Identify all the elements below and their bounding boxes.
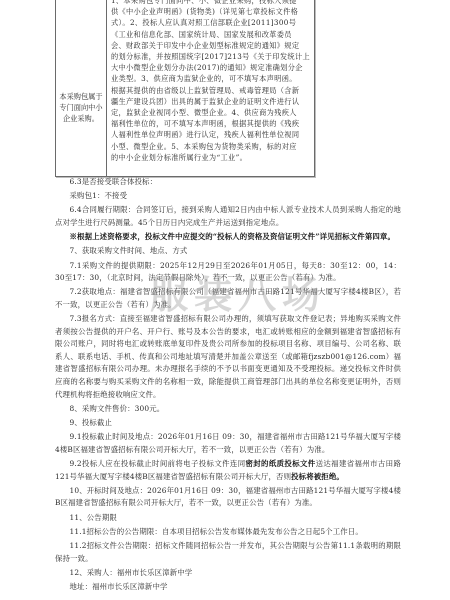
sme-requirement-table: 本采购包属于专门面向中小企业采购。 1、本采购包专门面向中、小、微企业采购，投标… — [55, 0, 315, 177]
table-line: 定，监狱企业视同小型、微型企业。4、供应商为残疾人 — [111, 107, 310, 118]
registration-method-paragraph: 7.3报名方式：直接至福建省智盛招标有限公司办理的，须填写获取文件登记表；异地购… — [55, 313, 401, 401]
table-line: 式）。2、投标人应认真对照工信部联企业[2011]300号 — [111, 17, 310, 28]
table-line: 人福利性单位声明函》进行认定，残疾人福利性单位视同 — [111, 129, 310, 140]
table-line: 的中小企业划分标准所属行业为“工业”。 — [111, 152, 310, 163]
table-line: 的划分标准，并按照国统字[2017]213号《关于印发统计上 — [111, 51, 310, 62]
table-line: 大中小微型企业划分办法(2017)的通知》规定准确划分企 — [111, 62, 310, 73]
table-line: 会、财政部关于印发中小企业划型标准规定的通知》规定 — [111, 40, 310, 51]
document-price: 8、采购文件售价：300元。 — [55, 403, 401, 416]
contract-term-paragraph: 6.4合同履行期限：合同签订后，接到采购人通知2日内由中标人派专业技术人员到采购… — [55, 204, 401, 229]
table-line: 福利性单位的，可不填写本声明函，根据其提供的《残疾 — [111, 118, 310, 129]
consortium-bid-heading: 6.3是否接受联合体投标： — [55, 176, 401, 189]
section-9-heading: 9、投标截止 — [55, 417, 401, 430]
section-11-heading: 11、公告期限 — [55, 512, 401, 525]
document-page: 本采购包属于专门面向中小企业采购。 1、本采购包专门面向中、小、微企业采购，投标… — [0, 0, 450, 600]
table-line: 业类型。3、供应商为监狱企业的，可不填写本声明函。 — [111, 73, 310, 84]
table-line: 《工业和信息化部、国家统计局、国家发展和改革委员 — [111, 29, 310, 40]
table-line: 根据其提供的由省级以上监狱管理局、戒毒管理局（含新 — [111, 85, 310, 96]
paper-bid-text: 9.2投标人应在投标截止时间前将电子投标文件连同 — [70, 459, 246, 468]
qualification-note: ※根据上述资格要求，投标文件中应提交的“投标人的资格及资信证明文件”详见招标文件… — [55, 231, 401, 244]
purchaser-address-line: 地址：福州市长乐区漳新中学 — [55, 581, 401, 594]
table-right-cell: 1、本采购包专门面向中、小、微企业采购，投标人须提 供《中小企业声明函》(货物类… — [107, 0, 314, 176]
bid-rejected-emphasis: 投标将被拒绝。 — [291, 472, 344, 481]
sealed-paper-bid-emphasis: 密封的纸质投标文件 — [245, 459, 315, 468]
table-line: 供《中小企业声明函》(货物类)（详见第七章投标文件格 — [111, 6, 310, 17]
paper-bid-paragraph: 9.2投标人应在投标截止时间前将电子投标文件连同密封的纸质投标文件送达福建省福州… — [55, 458, 401, 483]
table-line: 小型、微型企业。5、本采购包为货物类采购，标的对应 — [111, 141, 310, 152]
consortium-bid-value: 采购包1：不接受 — [55, 190, 401, 203]
document-notice-period-paragraph: 11.2招标文件公告期限：招标文件随同招标公告一并发布，其公告期限与公告第11.… — [55, 540, 401, 565]
document-body: 6.3是否接受联合体投标： 采购包1：不接受 6.4合同履行期限：合同签订后，接… — [55, 176, 401, 595]
pickup-location-paragraph: 7.2获取地点：福建省智盛招标有限公司（福建省福州市古田路121号华福大厦写字楼… — [55, 286, 401, 311]
document-period-paragraph: 7.1采购文件的提供期限：2025年12月29日至2026年01月05日，每天8… — [55, 260, 401, 285]
table-line: 疆生产建设兵团）出具的属于监狱企业的证明文件进行认 — [111, 96, 310, 107]
bid-opening-paragraph: 10、开标时间及地点：2026年01月16日 09：30，福建省福州市古田路12… — [55, 485, 401, 510]
section-7-heading: 7、获取采购文件时间、地点、方式 — [55, 245, 401, 258]
purchaser-line: 12、采购人：福州市长乐区漳新中学 — [55, 567, 401, 580]
bid-deadline-paragraph: 9.1投标截止时间及地点：2026年01月16日 09：30，福建省福州市古田路… — [55, 431, 401, 456]
notice-period-paragraph: 11.1招标公告的公告期限：自本项目招标公告发布媒体最先发布公告之日起5个工作日… — [55, 526, 401, 539]
table-left-cell: 本采购包属于专门面向中小企业采购。 — [56, 0, 107, 176]
